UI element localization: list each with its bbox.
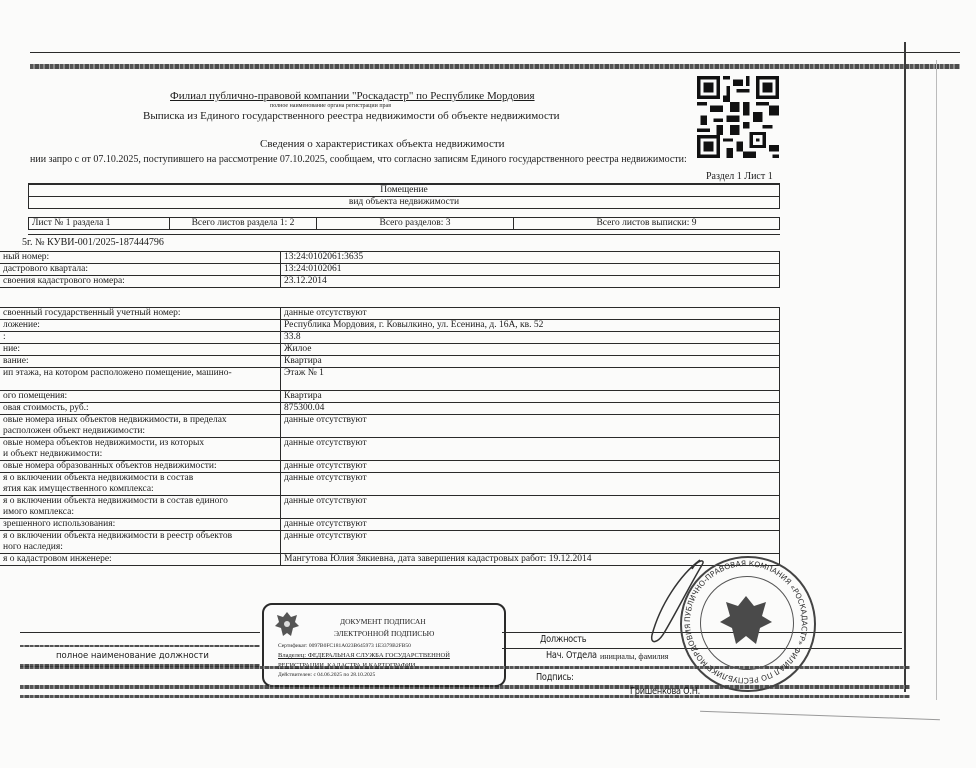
table-row: овые номера образованных объектов недвиж… [0,461,780,473]
row-label-line: я о кадастровом инженере: [3,554,277,565]
row-label-line: овые номера образованных объектов недвиж… [3,461,277,472]
row-label: ние: [0,344,281,356]
ecp-title-2: ЭЛЕКТРОННОЙ ПОДПИСЬЮ [334,629,434,638]
table-row: ный номер: 13:24:0102061:3635 [0,252,780,264]
rule [28,234,780,235]
row-label-line-2 [3,379,277,390]
organization-name: Филиал публично-правовой компании "Роска… [170,90,535,102]
position-value: Нач. Отдела [546,650,597,661]
row-label: вание: [0,356,281,368]
row-label: ложение: [0,320,281,332]
scan-vertical-line [904,42,906,692]
row-value: данные отсутствуют [281,461,780,473]
row-label: ный номер: [0,252,281,264]
row-label: овые номера объектов недвижимости, из ко… [0,438,281,461]
row-label-line-2: имого комплекса: [3,507,277,518]
object-type: Помещение [29,185,780,197]
row-label: овые номера образованных объектов недвиж… [0,461,281,473]
row-label-line: своенный государственный учетный номер: [3,308,277,319]
row-label-line-2: ятия как имущественного комплекса: [3,484,277,495]
row-label: ип этажа, на котором расположено помещен… [0,368,281,391]
row-label: я о включении объекта недвижимости в рее… [0,531,281,554]
row-label: овые номера иных объектов недвижимости, … [0,415,281,438]
scan-band [20,645,260,647]
ecp-certificate: Сертификат: 0097B0FC181A023B645973 1E337… [278,643,411,649]
row-value: 23.12.2014 [281,276,780,288]
ecp-title-1: ДОКУМЕНТ ПОДПИСАН [340,617,426,626]
row-label-line: ложение: [3,320,277,331]
table-row: ип этажа, на котором расположено помещен… [0,368,780,391]
object-type-table: Помещение вид объекта недвижимости [28,184,780,209]
row-value: данные отсутствуют [281,473,780,496]
position-caption: полное наименование должности [56,651,209,661]
row-value: данные отсутствуют [281,519,780,531]
ecp-owner-1: Владелец: ФЕДЕРАЛЬНАЯ СЛУЖБА ГОСУДАРСТВЕ… [278,652,450,659]
row-label: : [0,332,281,344]
rule [20,632,260,633]
sheet-info-table: Лист № 1 раздела 1 Всего листов раздела … [28,217,780,230]
row-label-line: овая стоимость, руб.: [3,403,277,414]
row-value: данные отсутствуют [281,496,780,519]
row-label-line: ого помещения: [3,391,277,402]
row-label: овая стоимость, руб.: [0,403,281,415]
row-label-line-2: расположен объект недвижимости: [3,426,277,437]
qr-code-icon [697,76,779,158]
row-value: 13:24:0102061:3635 [281,252,780,264]
scan-line-top [30,52,960,53]
section-title: Сведения о характеристиках объекта недви… [260,138,505,150]
row-label: зрешенного использования: [0,519,281,531]
scan-vertical-line-2 [936,60,937,700]
row-label: я о кадастровом инженере: [0,554,281,566]
row-value: данные отсутствуют [281,308,780,320]
scan-line-bottom [700,711,940,720]
table-row: зрешенного использования:данные отсутств… [0,519,780,531]
row-label: я о включении объекта недвижимости в сос… [0,496,281,519]
table-row: овые номера объектов недвижимости, из ко… [0,438,780,461]
table-row: овые номера иных объектов недвижимости, … [0,415,780,438]
signature-label: Подпись: [536,672,574,683]
row-label: своения кадастрового номера: [0,276,281,288]
row-label-line: зрешенного использования: [3,519,277,530]
scan-band [20,695,910,698]
sheets-in-section: Всего листов раздела 1: 2 [170,218,317,230]
cadastral-table: ный номер: 13:24:0102061:3635 дастрового… [0,251,780,288]
emblem-icon [274,609,300,639]
table-row: я о включении объекта недвижимости в сос… [0,496,780,519]
row-value: 875300.04 [281,403,780,415]
sheets-total: Всего листов выписки: 9 [514,218,780,230]
ecp-valid: Действителен: с 04.06.2025 по 28.10.2025 [278,672,375,678]
row-label-line-2: и объект недвижимости: [3,449,277,460]
row-value: Жилое [281,344,780,356]
sections-total: Всего разделов: 3 [317,218,514,230]
table-row: :33.8 [0,332,780,344]
row-label-line: ние: [3,344,277,355]
row-label: дастрового квартала: [0,264,281,276]
table-row: своенный государственный учетный номер:д… [0,308,780,320]
table-row: своения кадастрового номера: 23.12.2014 [0,276,780,288]
table-row: я о включении объекта недвижимости в сос… [0,473,780,496]
table-row: дастрового квартала: 13:24:0102061 [0,264,780,276]
table-row: ого помещения:Квартира [0,391,780,403]
row-value: Этаж № 1 [281,368,780,391]
extract-title: Выписка из Единого государственного реес… [143,110,560,122]
electronic-signature-stamp: ДОКУМЕНТ ПОДПИСАН ЭЛЕКТРОННОЙ ПОДПИСЬЮ С… [262,603,506,687]
row-label-line-2: ного наследия: [3,542,277,553]
table-row: я о включении объекта недвижимости в рее… [0,531,780,554]
row-value: Квартира [281,356,780,368]
row-value: данные отсутствуют [281,438,780,461]
request-line: нии запро с от 07.10.2025, поступившего … [30,154,687,165]
row-label: своенный государственный учетный номер: [0,308,281,320]
organization-caption: полное наименование органа регистрации п… [270,103,391,109]
seal-text-ring: ПУБЛИЧНО-ПРАВОВАЯ КОМПАНИЯ «РОСКАДАСТР» … [680,556,812,688]
reference-number: 5г. № КУВИ-001/2025-187444796 [22,237,164,248]
row-label-line: я о включении объекта недвижимости в сос… [3,496,277,507]
table-row: ложение:Республика Мордовия, г. Ковылкин… [0,320,780,332]
section-sheet-label: Раздел 1 Лист 1 [706,171,773,182]
object-type-caption: вид объекта недвижимости [29,197,780,209]
row-label-line: я о включении объекта недвижимости в рее… [3,531,277,542]
position-label: Должность [540,634,586,645]
row-label: я о включении объекта недвижимости в сос… [0,473,281,496]
row-label-line: ип этажа, на котором расположено помещен… [3,368,277,379]
row-label: ого помещения: [0,391,281,403]
table-row: овая стоимость, руб.:875300.04 [0,403,780,415]
eagle-emblem-icon [720,596,772,644]
characteristics-table: своенный государственный учетный номер:д… [0,307,780,566]
row-label-line: овые номера объектов недвижимости, из ко… [3,438,277,449]
row-value: 33.8 [281,332,780,344]
row-value: данные отсутствуют [281,415,780,438]
row-value: Квартира [281,391,780,403]
row-label-line: овые номера иных объектов недвижимости, … [3,415,277,426]
table-row: ние:Жилое [0,344,780,356]
row-value: Республика Мордовия, г. Ковылкино, ул. Е… [281,320,780,332]
sheet-number: Лист № 1 раздела 1 [29,218,170,230]
row-value: данные отсутствуют [281,531,780,554]
row-label-line: вание: [3,356,277,367]
table-row: вание:Квартира [0,356,780,368]
row-label-line: я о включении объекта недвижимости в сос… [3,473,277,484]
row-value: 13:24:0102061 [281,264,780,276]
scan-band-top [30,64,960,69]
row-label-line: : [3,332,277,343]
